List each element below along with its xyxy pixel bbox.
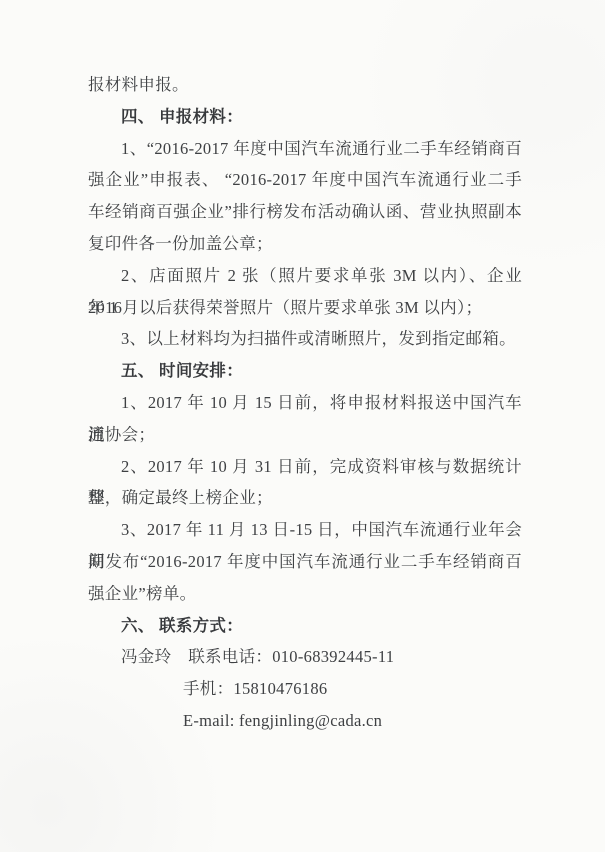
list-item-3-scanned-copies: 3、以上材料均为扫描件或清晰照片，发到指定邮箱。 — [88, 323, 522, 355]
section-heading-6-contact: 六、 联系方式： — [88, 610, 522, 642]
paragraph-continuation-line: 强企业”申报表、 “2016-2017 年度中国汽车流通行业二手 — [88, 164, 522, 196]
paragraph-continuation-line: 间发布“2016-2017 年度中国汽车流通行业二手车经销商百 — [88, 546, 522, 578]
list-item-2-deadline-oct31: 2、2017 年 10 月 31 日前，完成资料审核与数据统计整 — [88, 451, 522, 483]
contact-email-line: E-mail: fengjinling@cada.cn — [88, 705, 522, 737]
list-item-1-deadline-oct15: 1、2017 年 10 月 15 日前，将申报材料报送中国汽车流 — [88, 387, 522, 419]
contact-name-phone-line: 冯金玲 联系电话：010-68392445-11 — [88, 641, 522, 673]
list-item-2-store-photos: 2、店面照片 2 张（照片要求单张 3M 以内）、企业 2016 — [88, 260, 522, 292]
section-heading-5-schedule: 五、 时间安排： — [88, 355, 522, 387]
scanned-document-page: 报材料申报。 四、 申报材料： 1、“2016-2017 年度中国汽车流通行业二… — [0, 0, 605, 852]
list-item-3-annual-meeting: 3、2017 年 11 月 13 日-15 日，中国汽车流通行业年会期 — [88, 514, 522, 546]
document-body: 报材料申报。 四、 申报材料： 1、“2016-2017 年度中国汽车流通行业二… — [88, 69, 522, 737]
paragraph-continuation-line: 通协会； — [88, 419, 522, 451]
paragraph-continuation-line: 理，确定最终上榜企业； — [88, 482, 522, 514]
paragraph-continuation-line: 复印件各一份加盖公章； — [88, 228, 522, 260]
contact-mobile-line: 手机：15810476186 — [88, 673, 522, 705]
paragraph-continuation-line: 年 1 月以后获得荣誉照片（照片要求单张 3M 以内）； — [88, 292, 522, 324]
list-item-1-application-forms: 1、“2016-2017 年度中国汽车流通行业二手车经销商百 — [88, 133, 522, 165]
section-heading-4-materials: 四、 申报材料： — [88, 101, 522, 133]
paragraph-continuation-line: 强企业”榜单。 — [88, 578, 522, 610]
paragraph-continuation-line: 车经销商百强企业”排行榜发布活动确认函、营业执照副本 — [88, 196, 522, 228]
paragraph-continuation-line: 报材料申报。 — [88, 69, 522, 101]
